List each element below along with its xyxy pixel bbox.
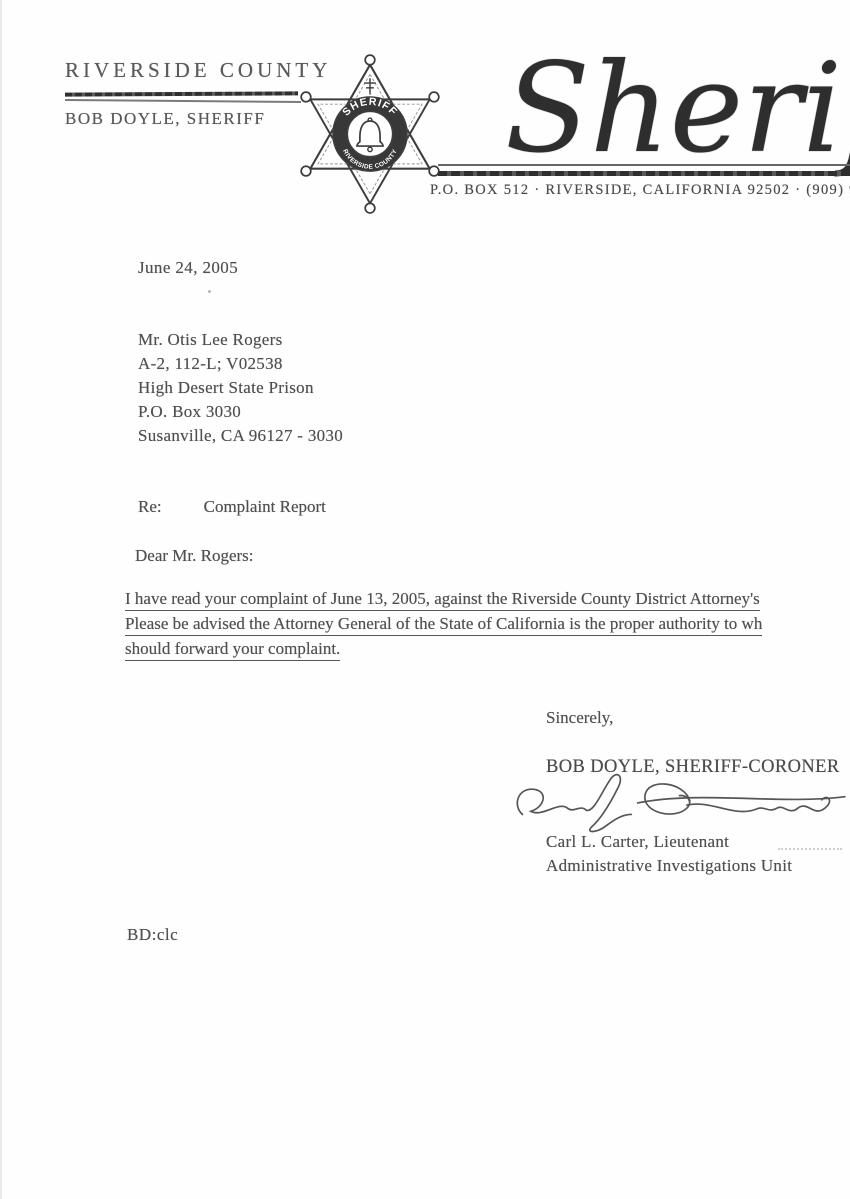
letterhead-script-title: Sheriff — [505, 47, 850, 171]
recipient-line: A-2, 112-L; V02538 — [138, 352, 343, 376]
recipient-line: P.O. Box 3030 — [138, 400, 343, 424]
body-line: Please be advised the Attorney General o… — [125, 614, 762, 639]
letterhead-address-line: P.O. BOX 512 · RIVERSIDE, CALIFORNIA 925… — [430, 182, 850, 199]
reference-initials: BD:clc — [127, 925, 178, 945]
signature — [512, 772, 847, 836]
letterhead-rule-thin-right — [438, 164, 850, 166]
closing: Sincerely, — [546, 708, 613, 728]
scan-edge-shade — [0, 0, 2, 1199]
letterhead-rule-thick-right — [438, 171, 850, 176]
signed-by-name: Carl L. Carter, Lieutenant — [546, 832, 729, 852]
re-label: Re: — [138, 497, 162, 516]
recipient-line: High Desert State Prison — [138, 376, 343, 400]
scan-speck — [778, 848, 842, 850]
recipient-line: Susanville, CA 96127 - 3030 — [138, 424, 343, 448]
letterhead-sheriff-name: BOB DOYLE, SHERIFF — [65, 109, 265, 129]
recipient-address-block: Mr. Otis Lee Rogers A-2, 112-L; V02538 H… — [138, 328, 343, 448]
sheriff-star-badge-icon: SHERIFF RIVERSIDE COUNTY — [293, 50, 447, 220]
salutation: Dear Mr. Rogers: — [135, 546, 254, 566]
body-line: I have read your complaint of June 13, 2… — [125, 589, 762, 614]
letterhead-rule-thick-left — [65, 91, 298, 96]
scanned-letter-page: RIVERSIDE COUNTY BOB DOYLE, SHERIFF — [0, 0, 850, 1199]
letterhead-county: RIVERSIDE COUNTY — [65, 58, 331, 83]
scan-speck — [208, 290, 211, 293]
body-line: should forward your complaint. — [125, 639, 762, 664]
body-paragraph: I have read your complaint of June 13, 2… — [125, 589, 762, 664]
re-line: Re:Complaint Report — [138, 497, 326, 517]
recipient-line: Mr. Otis Lee Rogers — [138, 328, 343, 352]
letter-date: June 24, 2005 — [138, 258, 238, 278]
signer-unit: Administrative Investigations Unit — [546, 856, 792, 876]
letterhead-rule-thin-left — [65, 99, 301, 103]
re-value: Complaint Report — [204, 497, 326, 516]
